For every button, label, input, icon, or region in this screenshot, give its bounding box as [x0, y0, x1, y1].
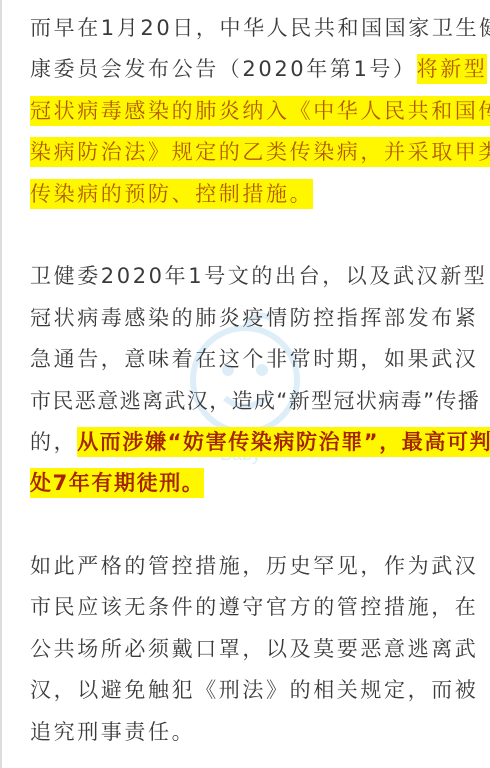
- text-line: 而早在1月20日，中华人民共和国国家卫生健: [30, 8, 470, 49]
- text-line: 汉，以避免触犯《刑法》的相关规定，而被: [30, 670, 470, 711]
- article-body: 而早在1月20日，中华人民共和国国家卫生健 康委员会发布公告（2020年第1号）…: [30, 8, 470, 753]
- text-segment: 卫健委2020年1号文的出台，以及武汉新型: [30, 264, 487, 288]
- text-line: 如此严格的管控措施，历史罕见，作为武汉: [30, 546, 470, 587]
- text-segment: 公共场所必须戴口罩，以及莫要恶意逃离武: [30, 637, 478, 661]
- text-segment: 如此严格的管控措施，历史罕见，作为武汉: [30, 554, 478, 578]
- text-segment: 的，: [30, 430, 77, 454]
- text-line: 追究刑事责任。: [30, 712, 470, 753]
- text-segment: 而早在1月20日，中华人民共和国国家卫生健: [30, 16, 490, 40]
- text-segment: 追究刑事责任。: [30, 720, 195, 744]
- paragraph-penalty: 卫健委2020年1号文的出台，以及武汉新型 冠状病毒感染的肺炎疫情防控指挥部发布…: [30, 256, 470, 504]
- text-line: 卫健委2020年1号文的出台，以及武汉新型: [30, 256, 470, 297]
- text-line: 冠状病毒感染的肺炎疫情防控指挥部发布紧: [30, 298, 470, 339]
- paragraph-gap: [30, 505, 470, 546]
- text-segment: 市民恶意逃离武汉，造成“新型冠状病毒”传播: [30, 389, 480, 413]
- highlighted-text: 冠状病毒感染的肺炎纳入《中华人民共和国传: [30, 96, 490, 126]
- text-line: 急通告，意味着在这个非常时期，如果武汉: [30, 339, 470, 380]
- text-segment: 冠状病毒感染的肺炎疫情防控指挥部发布紧: [30, 306, 478, 330]
- text-line: 市民应该无条件的遵守官方的管控措施，在: [30, 587, 470, 628]
- text-line: 传染病的预防、控制措施。: [30, 174, 470, 215]
- text-line: 公共场所必须戴口罩，以及莫要恶意逃离武: [30, 629, 470, 670]
- paragraph-advice: 如此严格的管控措施，历史罕见，作为武汉 市民应该无条件的遵守官方的管控措施，在 …: [30, 546, 470, 753]
- text-line: 处7年有期徒刑。: [30, 463, 470, 504]
- text-line: 染病防治法》规定的乙类传染病，并采取甲类: [30, 132, 470, 173]
- highlighted-bold-text: 处7年有期徒刑。: [30, 468, 204, 498]
- highlighted-text: 将新型: [417, 54, 488, 84]
- text-segment: 市民应该无条件的遵守官方的管控措施，在: [30, 595, 478, 619]
- text-segment: 汉，以避免触犯《刑法》的相关规定，而被: [30, 678, 478, 702]
- highlighted-bold-text: 从而涉嫌“妨害传染病防治罪”，最高可判: [77, 427, 490, 457]
- left-border-rule: [0, 0, 2, 768]
- text-line: 康委员会发布公告（2020年第1号）将新型: [30, 49, 470, 90]
- paragraph-announcement: 而早在1月20日，中华人民共和国国家卫生健 康委员会发布公告（2020年第1号）…: [30, 8, 470, 215]
- highlighted-text: 传染病的预防、控制措施。: [30, 179, 313, 209]
- highlighted-text: 染病防治法》规定的乙类传染病，并采取甲类: [30, 137, 490, 167]
- text-segment: 康委员会发布公告（2020年第1号）: [30, 57, 417, 81]
- paragraph-gap: [30, 215, 470, 256]
- text-segment: 急通告，意味着在这个非常时期，如果武汉: [30, 347, 478, 371]
- text-line: 市民恶意逃离武汉，造成“新型冠状病毒”传播: [30, 381, 470, 422]
- text-line: 的，从而涉嫌“妨害传染病防治罪”，最高可判: [30, 422, 470, 463]
- text-line: 冠状病毒感染的肺炎纳入《中华人民共和国传: [30, 91, 470, 132]
